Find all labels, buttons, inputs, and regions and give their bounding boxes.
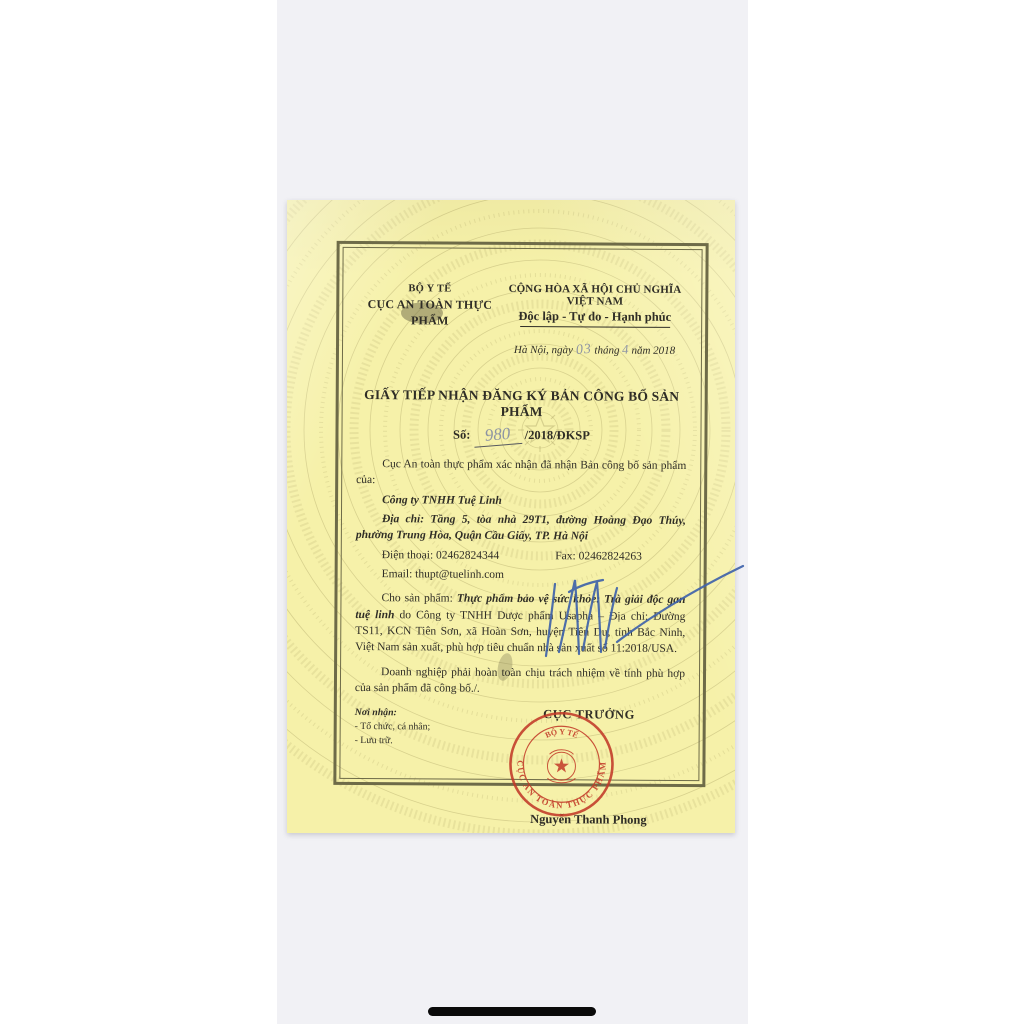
document-header: BỘ Y TẾ CỤC AN TOÀN THỰC PHẨM CỘNG HÒA X… xyxy=(357,282,687,359)
certificate-content: BỘ Y TẾ CỤC AN TOÀN THỰC PHẨM CỘNG HÒA X… xyxy=(339,247,702,781)
certificate-border-frame: BỘ Y TẾ CỤC AN TOÀN THỰC PHẨM CỘNG HÒA X… xyxy=(333,241,708,787)
email-field: Email: thupt@tuelinh.com xyxy=(382,566,686,584)
republic-title: CỘNG HÒA XÃ HỘI CHỦ NGHĨA VIỆT NAM xyxy=(502,283,687,308)
home-indicator[interactable] xyxy=(428,1007,596,1016)
signature-block: CỤC TRƯỞNG xyxy=(493,707,685,828)
recipient-item: - Tổ chức, cá nhân; xyxy=(355,720,494,735)
date-prefix: Hà Nội, ngày xyxy=(514,344,573,356)
date-suffix: năm 2018 xyxy=(631,345,675,357)
ministry-name: BỘ Y TẾ xyxy=(357,282,502,297)
product-lead: Cho sản phẩm: xyxy=(381,592,456,604)
phone-fax-row: Điện thoại: 02462824344 Fax: 02462824263 xyxy=(356,547,686,565)
document-number-line: Số: 980 /2018/ĐKSP xyxy=(356,423,686,446)
national-motto-block: CỘNG HÒA XÃ HỘI CHỦ NGHĨA VIỆT NAM Độc l… xyxy=(502,283,687,359)
handwritten-month: 4 xyxy=(622,341,630,357)
responsibility-paragraph: Doanh nghiệp phải hoàn toàn chịu trách n… xyxy=(355,664,685,699)
department-name: CỤC AN TOÀN THỰC PHẨM xyxy=(357,296,502,329)
recipient-item: - Lưu trữ. xyxy=(355,734,494,749)
phone-value: 02462824344 xyxy=(436,549,499,561)
document-footer: Nơi nhận: - Tổ chức, cá nhân; - Lưu trữ.… xyxy=(354,706,685,828)
handwritten-day: 03 xyxy=(575,342,592,359)
motto-underline xyxy=(520,326,670,328)
number-label: Số: xyxy=(453,428,470,442)
fax-value: 02462824263 xyxy=(579,550,642,562)
document-body: Cục An toàn thực phẩm xác nhận đã nhận B… xyxy=(355,456,686,698)
issue-date-line: Hà Nội, ngày 03 tháng 4 năm 2018 xyxy=(502,341,687,359)
handwritten-number: 980 xyxy=(473,423,523,448)
stamp-star-icon xyxy=(554,758,569,772)
email-value: thupt@tuelinh.com xyxy=(415,568,504,581)
fax-label: Fax: xyxy=(555,550,576,562)
recipients-block: Nơi nhận: - Tổ chức, cá nhân; - Lưu trữ. xyxy=(354,706,493,827)
email-label: Email: xyxy=(382,568,413,580)
date-mid: tháng xyxy=(594,344,619,356)
product-details: do Công ty TNHH Dược phẩm Usapha – Địa c… xyxy=(355,609,685,655)
phone-label: Điện thoại: xyxy=(382,549,433,561)
product-paragraph: Cho sản phẩm: Thực phẩm bảo vệ sức khỏe:… xyxy=(355,590,685,657)
motto-line: Độc lập - Tự do - Hạnh phúc xyxy=(502,309,687,325)
stamp-zone: BỘ Y TẾ CỤC AN TOÀN THỰC PHẨM xyxy=(493,722,685,811)
certificate-paper: BỘ Y TẾ CỤC AN TOÀN THỰC PHẨM CỘNG HÒA X… xyxy=(287,200,735,833)
document-title: GIẤY TIẾP NHẬN ĐĂNG KÝ BẢN CÔNG BỐ SẢN P… xyxy=(357,387,687,421)
issuing-authority-block: BỘ Y TẾ CỤC AN TOÀN THỰC PHẨM xyxy=(357,282,503,358)
number-suffix: /2018/ĐKSP xyxy=(525,428,590,442)
company-name: Công ty TNHH Tuệ Linh xyxy=(356,492,686,510)
intro-paragraph: Cục An toàn thực phẩm xác nhận đã nhận B… xyxy=(356,456,686,491)
company-address: Địa chỉ: Tầng 5, tòa nhà 29T1, đường Hoà… xyxy=(356,511,686,546)
recipients-title: Nơi nhận: xyxy=(355,706,494,721)
official-red-stamp-icon: BỘ Y TẾ CỤC AN TOÀN THỰC PHẨM xyxy=(505,708,618,821)
phone-field: Điện thoại: 02462824344 xyxy=(382,547,500,564)
fax-field: Fax: 02462824263 xyxy=(555,548,642,565)
phone-screenshot-area: BỘ Y TẾ CỤC AN TOÀN THỰC PHẨM CỘNG HÒA X… xyxy=(277,0,748,1024)
